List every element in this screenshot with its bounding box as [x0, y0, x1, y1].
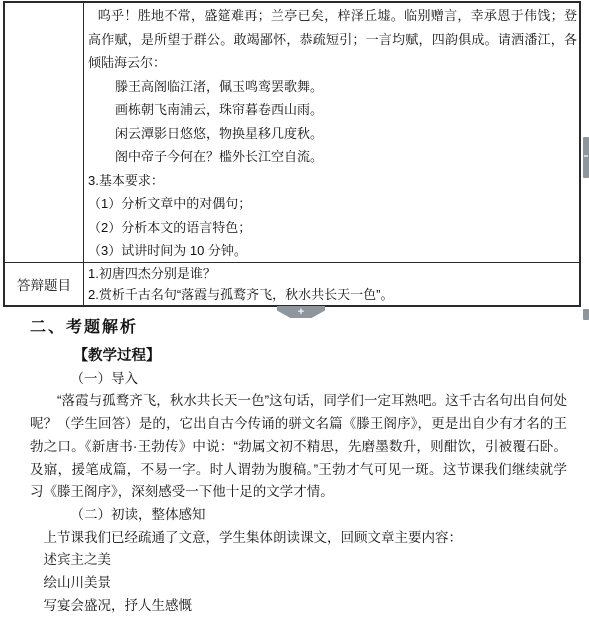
- defense-row-label: 答辩题目: [17, 274, 71, 294]
- defense-question-item: 1.初唐四杰分别是谁？: [88, 264, 577, 285]
- analysis-section: 二、考题解析 【教学过程】 （一）导入 “落霞与孤鹜齐飞，秋水共长天一色”这句话…: [0, 314, 589, 617]
- question-table: 呜乎！胜地不常，盛筵难再；兰亭已矣，梓泽丘墟。临别赠言，幸承恩于伟饯；登高作赋，…: [3, 1, 581, 307]
- step1-title: （一）导入: [30, 368, 567, 391]
- defense-question-item: 2.赏析千古名句“落霞与孤鹜齐飞，秋水共长天一色”。: [88, 285, 577, 306]
- document-page: 呜乎！胜地不常，盛筵难再；兰亭已矣，梓泽丘墟。临别赠言，幸承恩于伟饯；登高作赋，…: [0, 0, 589, 624]
- step2-paragraph: 上节课我们已经疏通了文意，学生集体朗读课文，回顾文章主要内容：: [30, 527, 567, 550]
- defense-row-content-cell: 1.初唐四杰分别是谁？ 2.赏析千古名句“落霞与孤鹜齐飞，秋水共长天一色”。: [84, 263, 579, 305]
- table-row-question: 呜乎！胜地不常，盛筵难再；兰亭已矣，梓泽丘墟。临别赠言，幸承恩于伟饯；登高作赋，…: [5, 3, 579, 263]
- poem-line: 阁中帝子今何在？槛外长江空自流。: [115, 145, 577, 169]
- content-summary-item: 绘山川美景: [30, 572, 567, 595]
- question-row-label-cell: [5, 3, 84, 262]
- teaching-process-subheading: 【教学过程】: [30, 345, 567, 368]
- poem-line: 滕王高阁临江渚，佩玉鸣鸾罢歌舞。: [115, 75, 577, 99]
- section-heading: 二、考题解析: [30, 316, 567, 339]
- content-summary-item: 述宾主之美: [30, 549, 567, 572]
- poem-line: 闲云潭影日悠悠，物换星移几度秋。: [115, 122, 577, 146]
- step1-paragraph: “落霞与孤鹜齐飞，秋水共长天一色”这句话，同学们一定耳熟吧。这千古名句出自何处呢…: [30, 390, 567, 504]
- passage-paragraph: 呜乎！胜地不常，盛筵难再；兰亭已矣，梓泽丘墟。临别赠言，幸承恩于伟饯；登高作赋，…: [88, 4, 577, 75]
- requirement-item: （1）分析文章中的对偶句；: [88, 192, 577, 216]
- requirement-item: （2）分析本文的语言特色；: [88, 216, 577, 240]
- content-summary-item: 写宴会盛况，抒人生感慨: [30, 595, 567, 618]
- requirement-item: （3）试讲时间为 10 分钟。: [88, 239, 577, 262]
- poem-line: 画栋朝飞南浦云，珠帘暮卷西山雨。: [115, 98, 577, 122]
- question-row-content-cell: 呜乎！胜地不常，盛筵难再；兰亭已矣，梓泽丘墟。临别赠言，幸承恩于伟饯；登高作赋，…: [84, 3, 579, 262]
- defense-row-label-cell: 答辩题目: [5, 263, 84, 305]
- table-row-defense: 答辩题目 1.初唐四杰分别是谁？ 2.赏析千古名句“落霞与孤鹜齐飞，秋水共长天一…: [5, 263, 579, 305]
- step2-title: （二）初读，整体感知: [30, 504, 567, 527]
- requirements-title: 3.基本要求：: [88, 169, 577, 193]
- scrollbar-thumb[interactable]: [583, 137, 589, 178]
